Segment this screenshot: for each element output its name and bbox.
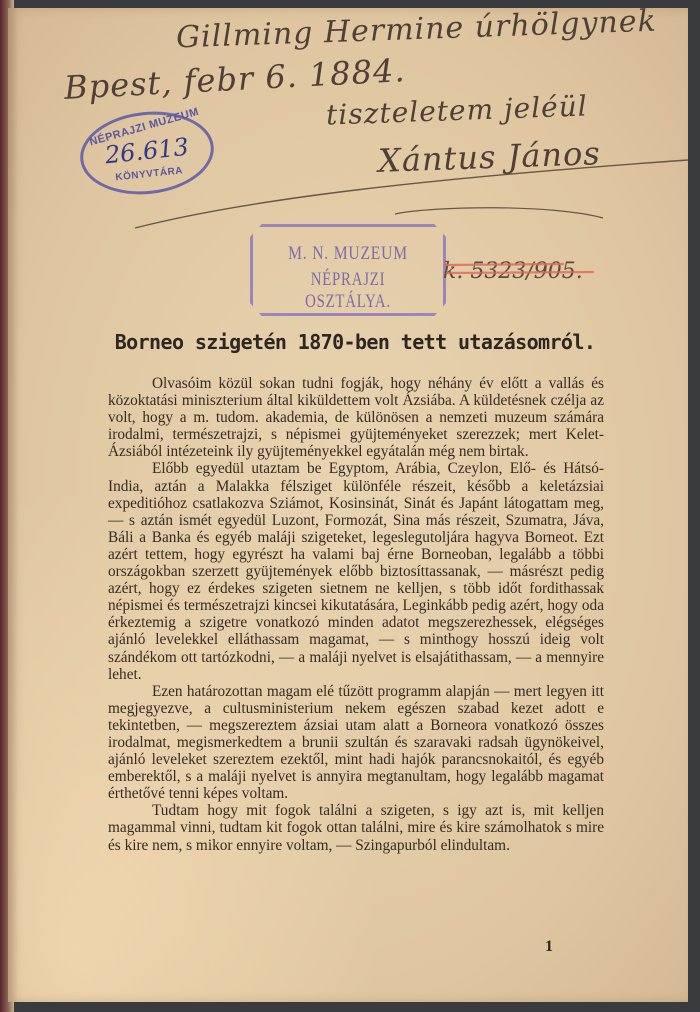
paragraph-3: Ezen határozottan magam elé tűzött progr… bbox=[108, 683, 604, 803]
document-body: Olvasóim közül sokan tudni fogják, hogy … bbox=[108, 375, 604, 854]
handwritten-dedication-line-1: Gillming Hermine úrhölgynek bbox=[176, 4, 658, 56]
paragraph-1: Olvasóim közül sokan tudni fogják, hogy … bbox=[108, 375, 604, 460]
stamp-rect-line-2: NÉPRAJZI OSZTÁLYA. bbox=[274, 269, 422, 313]
red-strikethrough-icon bbox=[444, 262, 594, 276]
handwritten-dedication-line-3: tiszteletem jeléül bbox=[326, 89, 589, 131]
stamp-rect-line-1: M. N. MUZEUM bbox=[270, 243, 426, 265]
page-gutter-shadow bbox=[8, 8, 18, 1002]
page-number: 1 bbox=[545, 938, 553, 956]
document-page: Gillming Hermine úrhölgynek Bpest, febr … bbox=[8, 8, 688, 1002]
paragraph-2: Előbb egyedül utaztam be Egyptom, Arábia… bbox=[108, 460, 604, 682]
document-title: Borneo szigetén 1870-ben tett utazásomró… bbox=[8, 330, 688, 354]
department-rect-stamp: M. N. MUZEUM NÉPRAJZI OSZTÁLYA. bbox=[250, 224, 446, 316]
paragraph-4: Tudtam hogy mit fogok találni a szigeten… bbox=[108, 802, 604, 853]
